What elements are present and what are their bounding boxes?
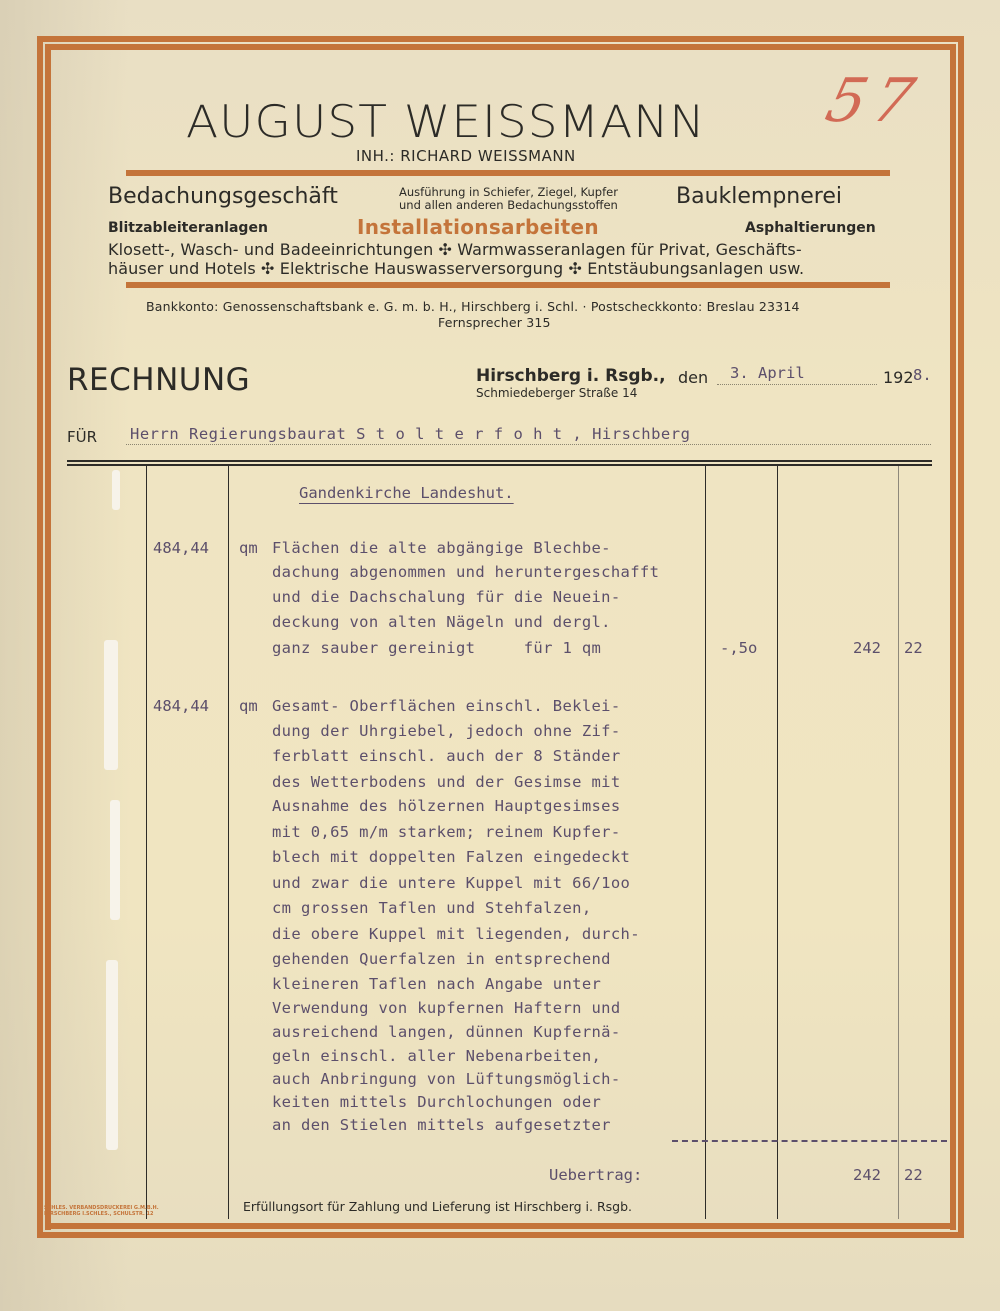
fulfillment-note: Erfüllungsort für Zahlung und Lieferung …: [243, 1199, 632, 1214]
item-1-amount-pfennig: 22: [904, 639, 923, 657]
letterhead-divider-top: [126, 170, 890, 176]
item-2-quantity: 484,44: [153, 697, 209, 715]
item-2-desc-line: dung der Uhrgiebel, jedoch ohne Zif-: [272, 722, 621, 740]
item-2-desc-line: kleineren Taflen nach Angabe unter: [272, 975, 601, 993]
handwritten-number: 57: [819, 66, 929, 136]
item-2-desc-line: mit 0,65 m/m starkem; reinem Kupfer-: [272, 823, 621, 841]
subtotal-rule: [672, 1140, 947, 1142]
torn-paper-damage: [104, 640, 118, 770]
item-2-desc-line: ausreichend langen, dünnen Kupfernä-: [272, 1023, 621, 1041]
column-divider-amount: [777, 466, 778, 1219]
item-1-amount-mark: 242: [853, 639, 881, 657]
table-top-rule-1: [67, 460, 932, 462]
place: Hirschberg i. Rsgb.,: [476, 366, 666, 386]
frame-inner-bottom: [45, 1223, 956, 1229]
item-2-desc-line: Verwendung von kupfernen Haftern und: [272, 999, 621, 1017]
owner-name: INH.: RICHARD WEISSMANN: [356, 147, 576, 165]
carry-forward-label: Uebertrag:: [549, 1166, 642, 1184]
invoice-paper: AUGUST WEISSMANN 57 INH.: RICHARD WEISSM…: [0, 0, 1000, 1311]
item-1-unit-price: -,5o: [720, 639, 757, 657]
frame-outer-left: [37, 36, 43, 1238]
recipient-name: Herrn Regierungsbaurat S t o l t e r f o…: [130, 425, 690, 443]
item-2-desc-line: an den Stielen mittels aufgesetzter: [272, 1116, 611, 1134]
item-2-desc-line: Ausnahme des hölzernen Hauptgesimses: [272, 797, 621, 815]
printer-line-2: HIRSCHBERG I.SCHLES., SCHULSTR. 12: [44, 1211, 159, 1217]
date-den-label: den: [678, 368, 708, 387]
torn-paper-damage: [106, 960, 118, 1150]
services-line-1: Klosett-, Wasch- und Badeeinrichtungen ✣…: [108, 240, 802, 259]
service-roofing-detail-2: und allen anderen Bedachungsstoffen: [399, 199, 618, 212]
item-2-desc-line: und zwar die untere Kuppel mit 66/1oo: [272, 874, 630, 892]
recipient-label: FÜR: [67, 428, 97, 446]
company-name: AUGUST WEISSMANN: [186, 96, 706, 148]
item-2-desc-line: blech mit doppelten Falzen eingedeckt: [272, 848, 630, 866]
torn-paper-damage: [112, 470, 120, 510]
project-title: Gandenkirche Landeshut.: [299, 484, 514, 502]
table-top-rule-2: [67, 464, 932, 466]
service-lightning-rods: Blitzableiteranlagen: [108, 220, 268, 236]
column-divider-description: [228, 464, 229, 1219]
frame-outer-right: [958, 36, 964, 1238]
item-2-desc-line: die obere Kuppel mit liegenden, durch-: [272, 925, 640, 943]
printer-imprint: SCHLES. VERBANDSDRUCKEREI G.M.B.H. HIRSC…: [44, 1205, 159, 1217]
item-2-desc-line: auch Anbringung von Lüftungsmöglich-: [272, 1070, 621, 1088]
document-title: RECHNUNG: [67, 362, 250, 398]
item-1-unit: qm: [239, 539, 258, 557]
service-plumbing: Bauklempnerei: [676, 184, 842, 209]
year-prefix: 192: [883, 368, 914, 387]
item-1-desc-line: Flächen die alte abgängige Blechbe-: [272, 539, 611, 557]
item-2-desc-line: cm grossen Taflen und Stehfalzen,: [272, 899, 592, 917]
item-1-desc-line: dachung abgenommen und heruntergeschafft: [272, 563, 659, 581]
frame-inner-top: [45, 44, 956, 50]
recipient-line: [126, 444, 931, 445]
item-1-quantity: 484,44: [153, 539, 209, 557]
invoice-date: 3. April: [730, 364, 805, 382]
bank-details: Bankkonto: Genossenschaftsbank e. G. m. …: [146, 299, 800, 314]
item-2-unit: qm: [239, 697, 258, 715]
frame-inner-right: [950, 44, 956, 1230]
column-divider-quantity: [146, 464, 147, 1219]
item-2-desc-line: Gesamt- Oberflächen einschl. Beklei-: [272, 697, 621, 715]
date-line: [717, 384, 877, 385]
letterhead-divider-bottom: [126, 282, 890, 288]
service-asphalt: Asphaltierungen: [745, 220, 876, 236]
carry-forward-mark: 242: [853, 1166, 881, 1184]
carry-forward-pfennig: 22: [904, 1166, 923, 1184]
frame-outer-top: [37, 36, 964, 42]
service-installation: Installationsarbeiten: [357, 215, 599, 239]
year-suffix: 8.: [913, 366, 932, 384]
frame-outer-bottom: [37, 1232, 964, 1238]
service-roofing: Bedachungsgeschäft: [108, 184, 338, 209]
item-2-desc-line: keiten mittels Durchlochungen oder: [272, 1093, 601, 1111]
item-2-desc-line: des Wetterbodens und der Gesimse mit: [272, 773, 621, 791]
street-address: Schmiedeberger Straße 14: [476, 386, 637, 400]
column-divider-unit-price: [705, 466, 706, 1219]
item-1-desc-line: ganz sauber gereinigt für 1 qm: [272, 639, 601, 657]
frame-inner-left: [45, 44, 51, 1230]
item-1-desc-line: und die Dachschalung für die Neuein-: [272, 588, 621, 606]
phone-number: Fernsprecher 315: [438, 315, 551, 330]
torn-paper-damage: [110, 800, 120, 920]
item-1-desc-line: deckung von alten Nägeln und dergl.: [272, 613, 611, 631]
services-line-2: häuser und Hotels ✣ Elektrische Hauswass…: [108, 259, 804, 278]
item-2-desc-line: ferblatt einschl. auch der 8 Ständer: [272, 747, 621, 765]
item-2-desc-line: gehenden Querfalzen in entsprechend: [272, 950, 611, 968]
item-2-desc-line: geln einschl. aller Nebenarbeiten,: [272, 1047, 601, 1065]
column-divider-pfennig: [898, 466, 899, 1219]
